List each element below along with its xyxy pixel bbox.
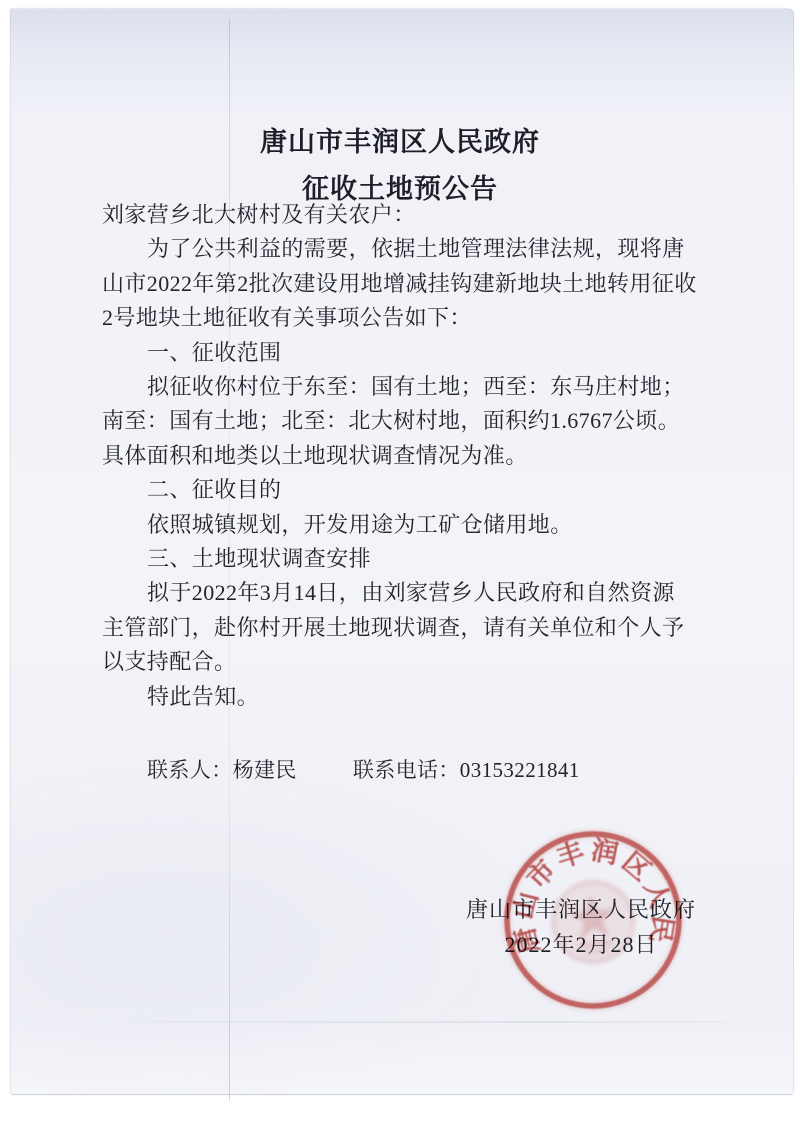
contact-info: 联系人：杨建民 联系电话：03153221841 bbox=[102, 753, 710, 787]
body-line: 拟于2022年3月14日，由刘家营乡人民政府和自然资源 bbox=[102, 576, 710, 610]
official-seal: 唐山市丰润区人民政府 bbox=[470, 797, 716, 1043]
section-heading: 二、征收目的 bbox=[102, 473, 710, 507]
salutation: 刘家营乡北大树村及有关农户： bbox=[102, 198, 710, 232]
contact-phone: 联系电话：03153221841 bbox=[353, 753, 580, 787]
title-line-issuer: 唐山市丰润区人民政府 bbox=[0, 119, 800, 166]
body-line: 2号地块土地征收有关事项公告如下： bbox=[102, 301, 710, 335]
body-line: 依照城镇规划，开发用途为工矿仓储用地。 bbox=[102, 508, 710, 542]
closing-line: 特此告知。 bbox=[102, 680, 710, 714]
contact-person: 联系人：杨建民 bbox=[147, 753, 297, 787]
document-body: 刘家营乡北大树村及有关农户： 为了公共利益的需要，依据土地管理法律法规，现将唐 … bbox=[102, 198, 710, 714]
section-heading: 三、土地现状调查安排 bbox=[102, 542, 710, 576]
body-line: 为了公共利益的需要，依据土地管理法律法规，现将唐 bbox=[102, 232, 710, 266]
body-line: 山市2022年第2批次建设用地增减挂钩建新地块土地转用征收 bbox=[102, 267, 710, 301]
body-line: 具体面积和地类以土地现状调查情况为准。 bbox=[102, 439, 710, 473]
body-line: 南至：国有土地；北至：北大树村地，面积约1.6767公顷。 bbox=[102, 404, 710, 438]
body-line: 拟征收你村位于东至：国有土地；西至：东马庄村地； bbox=[102, 370, 710, 404]
scan-background: 唐山市丰润区人民政府 征收土地预公告 刘家营乡北大树村及有关农户： 为了公共利益… bbox=[0, 0, 800, 1131]
body-line: 以支持配合。 bbox=[102, 645, 710, 679]
section-heading: 一、征收范围 bbox=[102, 336, 710, 370]
body-line: 主管部门，赴你村开展土地现状调查，请有关单位和个人予 bbox=[102, 611, 710, 645]
